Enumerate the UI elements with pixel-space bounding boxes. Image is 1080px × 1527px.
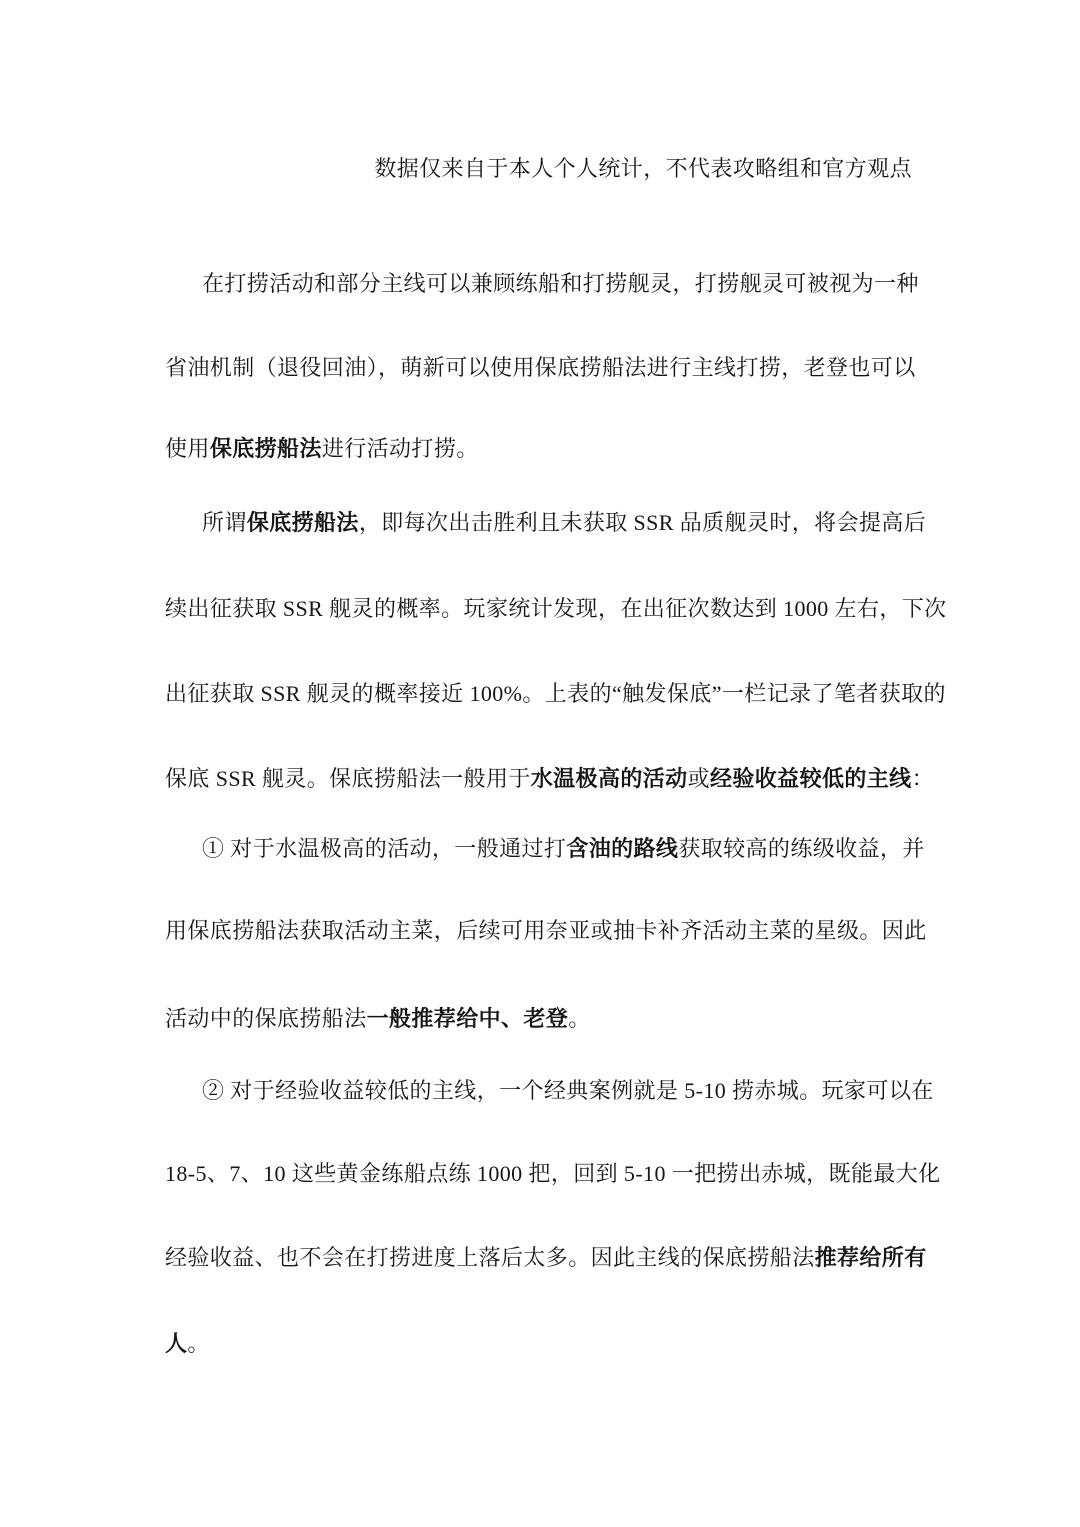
text-line: 18-5、7、10 这些黄金练船点练 1000 把，回到 5-10 一把捞出赤城…: [165, 1159, 941, 1189]
text-segment-bold: 经验收益较低的主线: [710, 766, 912, 791]
text-segment: ① 对于水温极高的活动，一般通过打: [202, 836, 566, 861]
text-segment: 或: [688, 766, 710, 791]
text-segment-bold: 水温极高的活动: [531, 766, 688, 791]
text-segment: ，即每次出击胜利且未获取 SSR 品质舰灵时，将会提高后: [359, 510, 926, 535]
text-segment: 活动中的保底捞船法: [165, 1006, 367, 1031]
text-segment: 省油机制（退役回油），萌新可以使用保底捞船法进行主线打捞，老登也可以: [165, 355, 916, 380]
text-line: 人。: [165, 1329, 210, 1359]
text-line: 出征获取 SSR 舰灵的概率接近 100%。上表的“触发保底”一栏记录了笔者获取…: [165, 679, 946, 709]
text-line: 在打捞活动和部分主线可以兼顾练船和打捞舰灵，打捞舰灵可被视为一种: [202, 269, 919, 299]
text-segment: 获取较高的练级收益，并: [678, 836, 924, 861]
text-line: ① 对于水温极高的活动，一般通过打含油的路线获取较高的练级收益，并: [202, 834, 925, 864]
text-line: 使用保底捞船法进行活动打捞。: [165, 434, 479, 464]
text-segment-bold: 一般推荐给中、老登: [367, 1006, 569, 1031]
text-segment: 出征获取 SSR 舰灵的概率接近 100%。上表的“触发保底”一栏记录了笔者获取…: [165, 681, 946, 706]
text-segment-bold: 保底捞船法: [247, 510, 359, 535]
text-segment-bold: 含油的路线: [566, 836, 678, 861]
text-segment: 进行活动打捞。: [322, 436, 479, 461]
text-segment-bold: 推荐给所有: [815, 1245, 927, 1270]
text-segment-bold: 保底捞船法: [210, 436, 322, 461]
text-segment: ：: [912, 766, 934, 791]
text-line: 所谓保底捞船法，即每次出击胜利且未获取 SSR 品质舰灵时，将会提高后: [202, 508, 926, 538]
text-segment: ② 对于经验收益较低的主线，一个经典案例就是 5-10 捞赤城。玩家可以在: [202, 1078, 934, 1103]
text-segment: 使用: [165, 436, 210, 461]
text-segment: 18-5、7、10 这些黄金练船点练 1000 把，回到 5-10 一把捞出赤城…: [165, 1161, 941, 1186]
text-line: ② 对于经验收益较低的主线，一个经典案例就是 5-10 捞赤城。玩家可以在: [202, 1076, 934, 1106]
text-segment: 经验收益、也不会在打捞进度上落后太多。因此主线的保底捞船法: [165, 1245, 815, 1270]
text-segment: 保底 SSR 舰灵。保底捞船法一般用于: [165, 766, 531, 791]
text-segment: 用保底捞船法获取活动主菜，后续可用奈亚或抽卡补齐活动主菜的星级。因此: [165, 918, 927, 943]
text-line: 续出征获取 SSR 舰灵的概率。玩家统计发现，在出征次数达到 1000 左右，下…: [165, 594, 947, 624]
text-line: 省油机制（退役回油），萌新可以使用保底捞船法进行主线打捞，老登也可以: [165, 353, 916, 383]
text-segment: 所谓: [202, 510, 247, 535]
text-line: 经验收益、也不会在打捞进度上落后太多。因此主线的保底捞船法推荐给所有: [165, 1243, 927, 1273]
text-segment: 。: [568, 1006, 590, 1031]
text-line: 活动中的保底捞船法一般推荐给中、老登。: [165, 1004, 591, 1034]
text-line: 保底 SSR 舰灵。保底捞船法一般用于水温极高的活动或经验收益较低的主线：: [165, 764, 934, 794]
text-line: 用保底捞船法获取活动主菜，后续可用奈亚或抽卡补齐活动主菜的星级。因此: [165, 916, 927, 946]
document-page: 数据仅来自于本人个人统计，不代表攻略组和官方观点 在打捞活动和部分主线可以兼顾练…: [0, 0, 1080, 1527]
text-segment: 续出征获取 SSR 舰灵的概率。玩家统计发现，在出征次数达到 1000 左右，下…: [165, 596, 947, 621]
text-segment-bold: 人: [165, 1331, 187, 1356]
text-segment: 。: [187, 1331, 209, 1356]
text-segment: 在打捞活动和部分主线可以兼顾练船和打捞舰灵，打捞舰灵可被视为一种: [202, 271, 919, 296]
disclaimer-line: 数据仅来自于本人个人统计，不代表攻略组和官方观点: [165, 154, 912, 184]
